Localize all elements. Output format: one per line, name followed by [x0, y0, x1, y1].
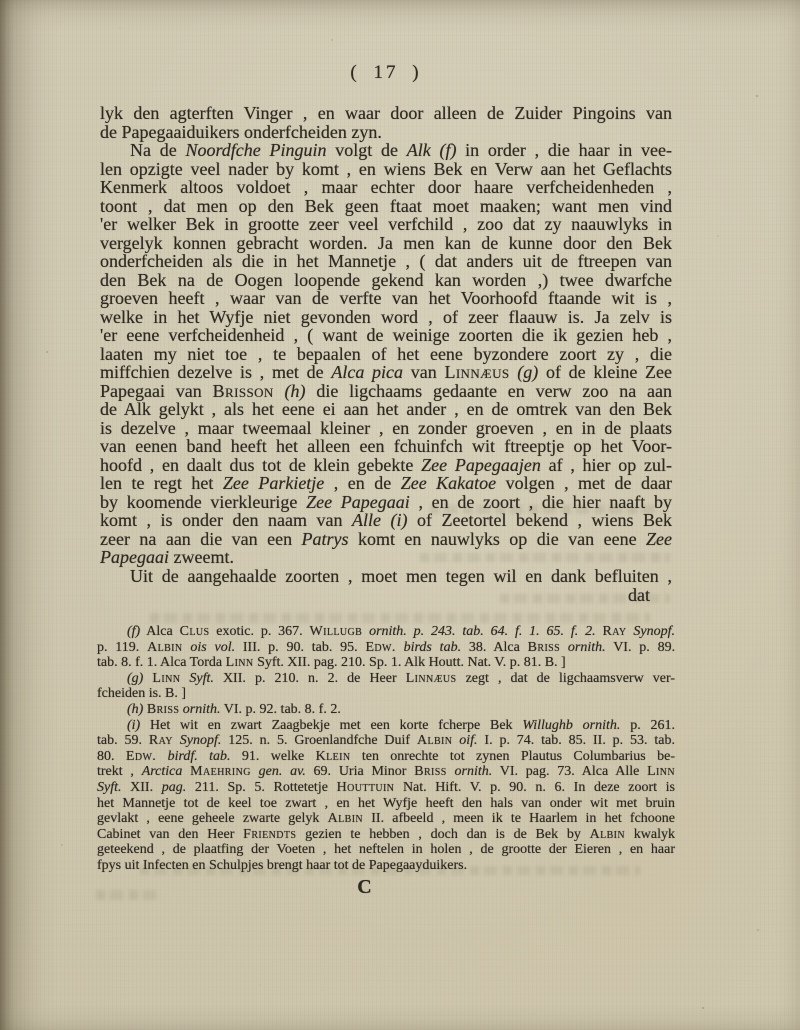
text-line: p. 119. Albin ois vol. III. p. 90. tab. …	[97, 640, 675, 656]
text-line: Uit de aangehaalde zoorten , moet men te…	[100, 567, 672, 586]
text-line: Papegaai van Brisson (h) die ligchaams g…	[100, 382, 672, 401]
signature-mark: C	[100, 876, 630, 900]
text-line: (g) Linn Syft. XII. p. 210. n. 2. de Hee…	[97, 671, 675, 687]
text-line: Syft. XII. pag. 211. Sp. 5. Rottetetje H…	[97, 780, 675, 796]
text-line: (i) Het wit en zwart Zaagbekje met een k…	[97, 718, 675, 734]
text-line: onderfcheiden als die in het Mannetje , …	[100, 252, 672, 271]
text-line: by koomende vierkleurige Zee Papegaai , …	[100, 493, 672, 512]
text-line: 'er eene verfcheidenheid , ( want de wei…	[100, 326, 672, 345]
text-line: toont , dat men op den Bek geen ftaat mo…	[100, 197, 672, 216]
text-line: (h) Briss ornith. VI. p. 92. tab. 8. f. …	[97, 702, 675, 718]
text-line: vergelyk konnen gebracht worden. Ja men …	[100, 234, 672, 253]
text-line: tab. 8. f. 1. Alca Torda Linn Syft. XII.…	[97, 655, 675, 671]
text-line: den Bek na de Oogen loopende gekend kan …	[100, 271, 672, 290]
text-line: miffchien dezelve is , met de Alca pica …	[100, 363, 672, 382]
text-line: het Mannetje tot de keel toe zwart , en …	[97, 796, 675, 812]
page-number: ( 17 )	[100, 62, 672, 84]
text-line: lyk den agterften Vinger , en waar door …	[100, 104, 672, 123]
gutter-crease	[0, 0, 14, 1030]
text-line: geteekend , de plaatfing der Voeten , he…	[97, 842, 675, 858]
text-line: (f) Alca Clus exotic. p. 367. Willugb or…	[97, 624, 675, 640]
text-line: len opzigte veel nader by komt , en wien…	[100, 160, 672, 179]
book-page-scan: { "page": { "header": "( 17 )", "catchwo…	[0, 0, 800, 1030]
body-text: lyk den agterften Vinger , en waar door …	[100, 104, 672, 585]
text-line: van eenen band heeft het alleen een fchu…	[100, 437, 672, 456]
text-line: de Alk gelykt , als het eene ei aan het …	[100, 400, 672, 419]
text-line: is dezelve , maar tweemaal kleiner , en …	[100, 419, 672, 438]
text-line: welke in het Wyfje niet gevonden word , …	[100, 308, 672, 327]
text-line: groeven heeft , waar van de verfte van h…	[100, 289, 672, 308]
show-through-mark	[150, 613, 650, 623]
text-line: zeer na aan die van een Patrys komt en n…	[100, 530, 672, 549]
text-line: 80. Edw. birdf. tab. 91. welke Klein ten…	[97, 749, 675, 765]
text-line: gevlakt , eene geheele zwarte gelyk Albi…	[97, 811, 675, 827]
text-line: trekt , Arctica Maehring gen. av. 69. Ur…	[97, 764, 675, 780]
text-line: tab. 59. Ray Synopf. 125. n. 5. Groenlan…	[97, 733, 675, 749]
text-line: fpys uit Infecten en Schulpjes brengt ha…	[97, 858, 675, 874]
catchword: dat	[100, 585, 672, 604]
text-line: laaten my niet toe , te bepaalen of het …	[100, 345, 672, 364]
text-line: hoofd , en daalt dus tot de klein gebekt…	[100, 456, 672, 475]
text-line: Na de Noordfche Pinguin volgt de Alk (f)…	[100, 141, 672, 160]
text-line: de Papegaaiduikers onderfcheiden zyn.	[100, 123, 672, 142]
text-line: komt , is onder den naam van Alle (i) of…	[100, 511, 672, 530]
text-line: Papegaai zweemt.	[100, 548, 672, 567]
footnotes: (f) Alca Clus exotic. p. 367. Willugb or…	[97, 624, 675, 874]
text-line: Kenmerk altoos voldoet , maar echter doo…	[100, 178, 672, 197]
text-line: Cabinet van den Heer Friendts gezien te …	[97, 827, 675, 843]
text-line: len te regt het Zee Parkietje , en de Ze…	[100, 474, 672, 493]
text-line: fcheiden is. B. ]	[97, 686, 675, 702]
text-line: 'er welker Bek in grootte zeer veel verf…	[100, 215, 672, 234]
